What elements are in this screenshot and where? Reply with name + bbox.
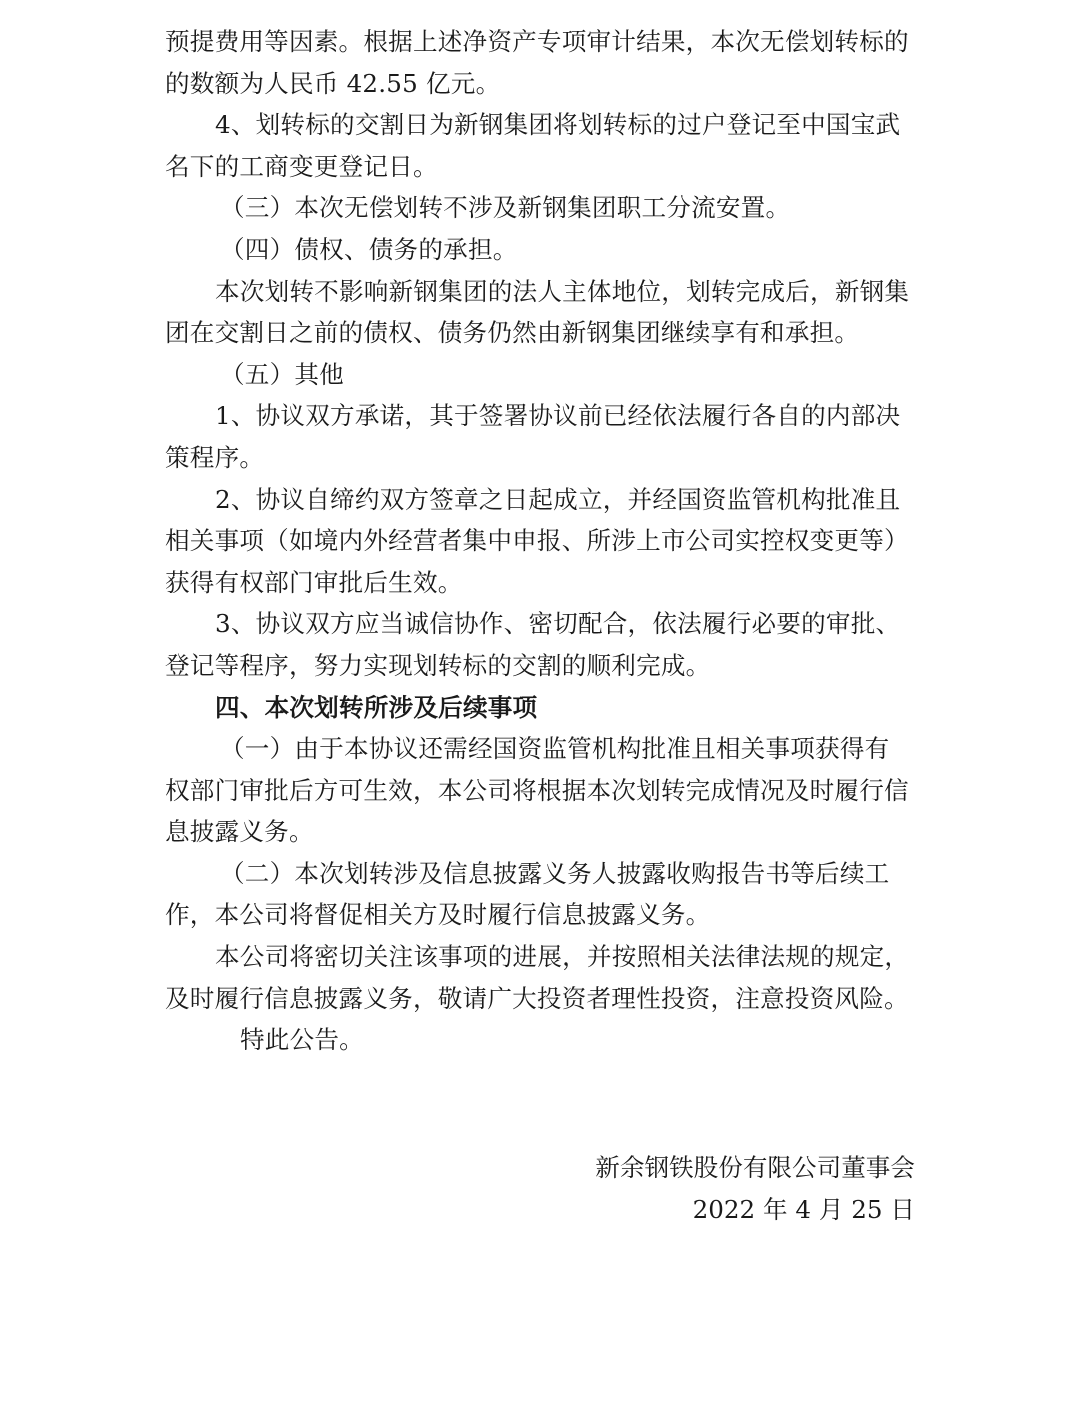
signature-organization: 新余钢铁股份有限公司董事会 [595,1147,915,1189]
followup-item-2: （二）本次划转涉及信息披露义务人披露收购报告书等后续工 [165,853,917,895]
body-line: 预提费用等因素。根据上述净资产专项审计结果，本次无偿划转标的 [165,21,917,63]
body-line-amount: 的数额为人民币 42.55 亿元。 [165,63,917,105]
body-line: 登记等程序，努力实现划转标的交割的顺利完成。 [165,645,917,687]
section-3-staff: （三）本次无偿划转不涉及新钢集团职工分流安置。 [165,187,917,229]
body-line: 权部门审批后方可生效，本公司将根据本次划转完成情况及时履行信 [165,770,917,812]
body-line: 作，本公司将督促相关方及时履行信息披露义务。 [165,894,917,936]
body-line: 获得有权部门审批后生效。 [165,562,917,604]
clause-item-2: 2、协议自缔约双方签章之日起成立，并经国资监管机构批准且 [165,479,917,521]
body-line: 名下的工商变更登记日。 [165,146,917,188]
document-body: 预提费用等因素。根据上述净资产专项审计结果，本次无偿划转标的 的数额为人民币 4… [165,21,917,1061]
body-line: 团在交割日之前的债权、债务仍然由新钢集团继续享有和承担。 [165,312,917,354]
body-line: 息披露义务。 [165,811,917,853]
section-5-other-title: （五）其他 [165,354,917,396]
followup-item-1: （一）由于本协议还需经国资监管机构批准且相关事项获得有 [165,728,917,770]
body-line: 策程序。 [165,437,917,479]
risk-notice: 本公司将密切关注该事项的进展，并按照相关法律法规的规定， [165,936,917,978]
body-line: 本次划转不影响新钢集团的法人主体地位，划转完成后，新钢集 [165,271,917,313]
closing-statement: 特此公告。 [165,1019,917,1061]
body-line: 及时履行信息披露义务，敬请广大投资者理性投资，注意投资风险。 [165,978,917,1020]
clause-item-4: 4、划转标的交割日为新钢集团将划转标的过户登记至中国宝武 [165,104,917,146]
section-4-debts-title: （四）债权、债务的承担。 [165,229,917,271]
body-line: 相关事项（如境内外经营者集中申报、所涉上市公司实控权变更等） [165,520,917,562]
clause-item-1: 1、协议双方承诺，其于签署协议前已经依法履行各自的内部决 [165,395,917,437]
section-heading-four: 四、本次划转所涉及后续事项 [165,687,917,729]
clause-item-3: 3、协议双方应当诚信协作、密切配合，依法履行必要的审批、 [165,603,917,645]
signature-date: 2022 年 4 月 25 日 [693,1189,915,1231]
